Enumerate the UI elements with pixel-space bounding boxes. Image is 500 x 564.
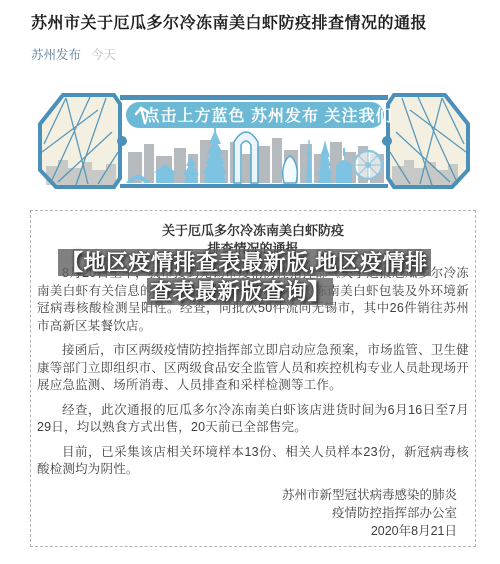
article-title: 苏州市关于厄瓜多尔冷冻南美白虾防疫排查情况的通报 bbox=[31, 13, 471, 35]
signature-org-line2: 疫情防控指挥部办公室 bbox=[37, 504, 457, 522]
signature-org-line1: 苏州市新型冠状病毒感染的肺炎 bbox=[37, 486, 457, 504]
article-page: 苏州市关于厄瓜多尔冷冻南美白虾防疫排查情况的通报 苏州发布今天 bbox=[0, 0, 500, 564]
follow-pill[interactable]: 点击上方蓝色 苏州发布 关注我们 bbox=[126, 102, 392, 128]
signature-date: 2020年8月21日 bbox=[37, 522, 457, 540]
follow-pill-text: 点击上方蓝色 苏州发布 关注我们 bbox=[144, 106, 393, 125]
byline: 苏州发布今天 bbox=[31, 45, 116, 63]
notice-title-line2: 排查情况的通报 bbox=[37, 240, 469, 258]
follow-banner[interactable]: 点击上方蓝色 苏州发布 关注我们 bbox=[38, 92, 470, 190]
notice-paragraph: 经查，此次通报的厄瓜多尔冷冻南美白虾该店进货时间为6月16日至7月29日，均以熟… bbox=[37, 402, 469, 437]
notice-title-line1: 关于厄瓜多尔冷冻南美白虾防疫 bbox=[37, 222, 469, 240]
notice-title: 关于厄瓜多尔冷冻南美白虾防疫 排查情况的通报 bbox=[37, 222, 469, 258]
source-account-link[interactable]: 苏州发布 bbox=[31, 48, 81, 62]
publish-date: 今天 bbox=[91, 48, 116, 62]
banner-left-ornament bbox=[40, 95, 120, 187]
notice-paragraph: 目前，已采集该店相关环境样本13份、相关人员样本23份，新冠病毒核酸检测均为阴性… bbox=[37, 444, 469, 479]
notice-paragraph: 8月20日上午，我市接到无锡市疫情防控指挥部《关于通报厄瓜多尔冷冻南美白虾有关信… bbox=[37, 265, 469, 335]
notice-signature: 苏州市新型冠状病毒感染的肺炎 疫情防控指挥部办公室 2020年8月21日 bbox=[37, 486, 469, 540]
follow-banner-illustration: 点击上方蓝色 苏州发布 关注我们 bbox=[38, 92, 470, 190]
notice-document: 关于厄瓜多尔冷冻南美白虾防疫 排查情况的通报 8月20日上午，我市接到无锡市疫情… bbox=[30, 210, 476, 547]
notice-body: 8月20日上午，我市接到无锡市疫情防控指挥部《关于通报厄瓜多尔冷冻南美白虾有关信… bbox=[37, 265, 469, 479]
notice-paragraph: 接函后，市区两级疫情防控指挥部立即启动应急预案，市场监管、卫生健康等部门立即组织… bbox=[37, 342, 469, 395]
banner-right-ornament bbox=[388, 95, 468, 187]
